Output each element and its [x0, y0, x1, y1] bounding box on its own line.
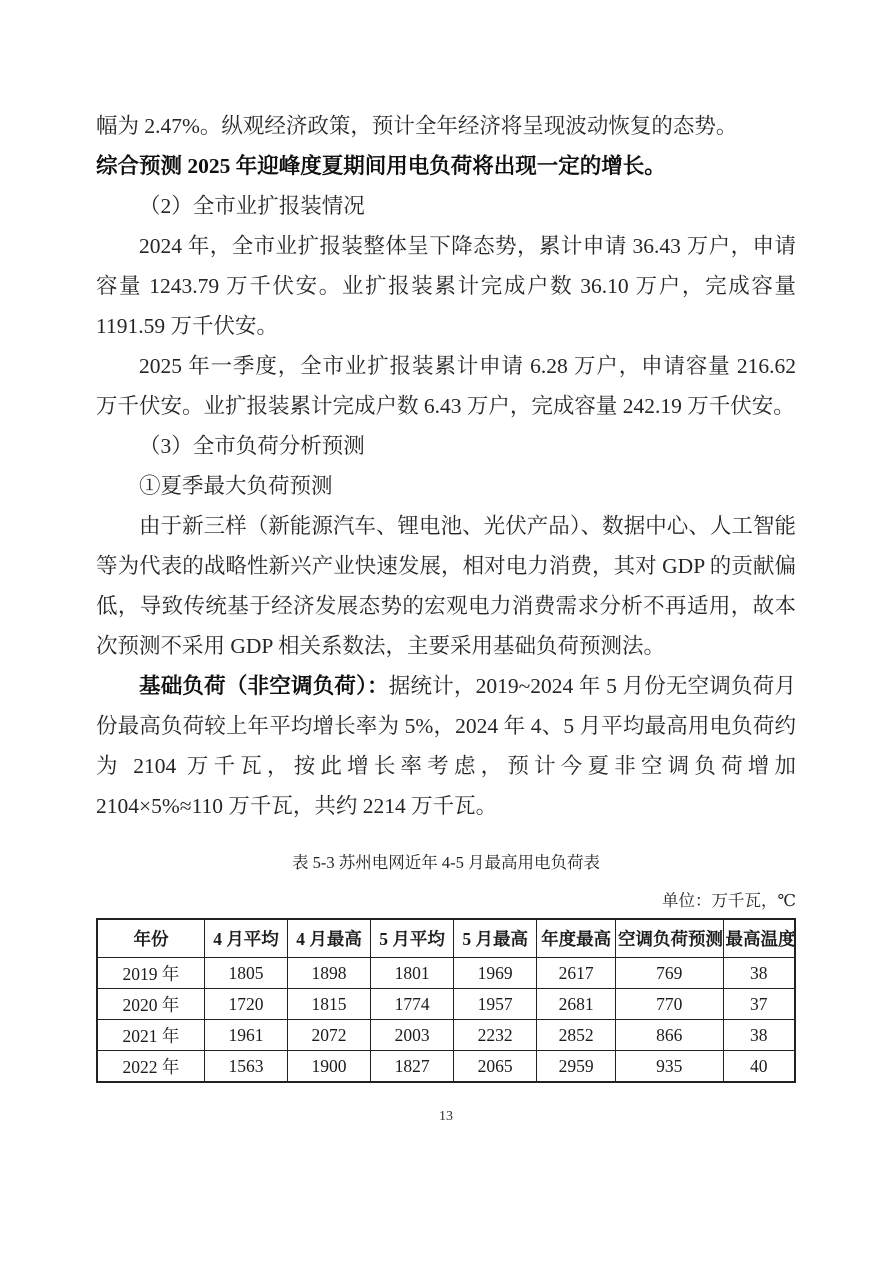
table-cell: 769	[616, 958, 723, 989]
table-cell: 1805	[204, 958, 287, 989]
table-cell: 2852	[537, 1020, 616, 1051]
table-cell: 935	[616, 1051, 723, 1083]
paragraph: 基础负荷（非空调负荷）：据统计，2019~2024 年 5 月份无空调负荷月份最…	[96, 666, 796, 826]
table-cell: 2019 年	[97, 958, 204, 989]
table-row: 2020 年1720181517741957268177037	[97, 989, 795, 1020]
paragraph: 由于新三样（新能源汽车、锂电池、光伏产品）、数据中心、人工智能等为代表的战略性新…	[96, 506, 796, 666]
table-cell: 1815	[288, 989, 371, 1020]
table-cell: 1720	[204, 989, 287, 1020]
table-cell: 2232	[454, 1020, 537, 1051]
page-number: 13	[96, 1109, 796, 1125]
body-text: 幅为 2.47%。纵观经济政策，预计全年经济将呈现波动恢复的态势。综合预测 20…	[96, 106, 796, 826]
table-cell: 2959	[537, 1051, 616, 1083]
table-cell: 1774	[371, 989, 454, 1020]
table-caption: 表 5-3 苏州电网近年 4-5 月最高用电负荷表	[96, 852, 796, 874]
table-cell: 2617	[537, 958, 616, 989]
table-cell: 40	[723, 1051, 795, 1083]
table-cell: 1957	[454, 989, 537, 1020]
paragraph-emphasis: 综合预测 2025 年迎峰度夏期间用电负荷将出现一定的增长。	[96, 146, 796, 186]
table-cell: 2072	[288, 1020, 371, 1051]
paragraph: （2）全市业扩报装情况	[96, 186, 796, 226]
table-body: 2019 年18051898180119692617769382020 年172…	[97, 958, 795, 1083]
table-cell: 38	[723, 1020, 795, 1051]
table-cell: 866	[616, 1020, 723, 1051]
table-row: 2019 年1805189818011969261776938	[97, 958, 795, 989]
table-header-cell: 最高温度	[723, 919, 795, 958]
table-cell: 1961	[204, 1020, 287, 1051]
table-header-cell: 4 月平均	[204, 919, 287, 958]
unit-label: 单位：万千瓦，℃	[96, 890, 796, 912]
table-cell: 37	[723, 989, 795, 1020]
table-header-cell: 空调负荷预测	[616, 919, 723, 958]
paragraph: 2025 年一季度，全市业扩报装累计申请 6.28 万户，申请容量 216.62…	[96, 346, 796, 426]
paragraph: ①夏季最大负荷预测	[96, 466, 796, 506]
table-cell: 1969	[454, 958, 537, 989]
table-cell: 770	[616, 989, 723, 1020]
table-cell: 2065	[454, 1051, 537, 1083]
table-cell: 1801	[371, 958, 454, 989]
table-cell: 2022 年	[97, 1051, 204, 1083]
table-row: 2021 年1961207220032232285286638	[97, 1020, 795, 1051]
table-cell: 38	[723, 958, 795, 989]
table-header-cell: 5 月平均	[371, 919, 454, 958]
table-cell: 1827	[371, 1051, 454, 1083]
table-cell: 1563	[204, 1051, 287, 1083]
table-cell: 2681	[537, 989, 616, 1020]
document-page: 幅为 2.47%。纵观经济政策，预计全年经济将呈现波动恢复的态势。综合预测 20…	[0, 0, 892, 1262]
table-cell: 2021 年	[97, 1020, 204, 1051]
table-cell: 1900	[288, 1051, 371, 1083]
table-row: 2022 年1563190018272065295993540	[97, 1051, 795, 1083]
paragraph: （3）全市负荷分析预测	[96, 426, 796, 466]
table-header-cell: 5 月最高	[454, 919, 537, 958]
paragraph: 2024 年，全市业扩报装整体呈下降态势，累计申请 36.43 万户，申请容量 …	[96, 226, 796, 346]
paragraph: 幅为 2.47%。纵观经济政策，预计全年经济将呈现波动恢复的态势。	[96, 106, 796, 146]
table-header-cell: 4 月最高	[288, 919, 371, 958]
table-cell: 2020 年	[97, 989, 204, 1020]
table-header-row: 年份4 月平均4 月最高5 月平均5 月最高年度最高空调负荷预测最高温度	[97, 919, 795, 958]
paragraph-bold-lead: 基础负荷（非空调负荷）：	[139, 674, 389, 698]
table-header-cell: 年度最高	[537, 919, 616, 958]
table-cell: 2003	[371, 1020, 454, 1051]
table-header-cell: 年份	[97, 919, 204, 958]
table-cell: 1898	[288, 958, 371, 989]
table-head: 年份4 月平均4 月最高5 月平均5 月最高年度最高空调负荷预测最高温度	[97, 919, 795, 958]
load-history-table: 年份4 月平均4 月最高5 月平均5 月最高年度最高空调负荷预测最高温度 201…	[96, 918, 796, 1083]
